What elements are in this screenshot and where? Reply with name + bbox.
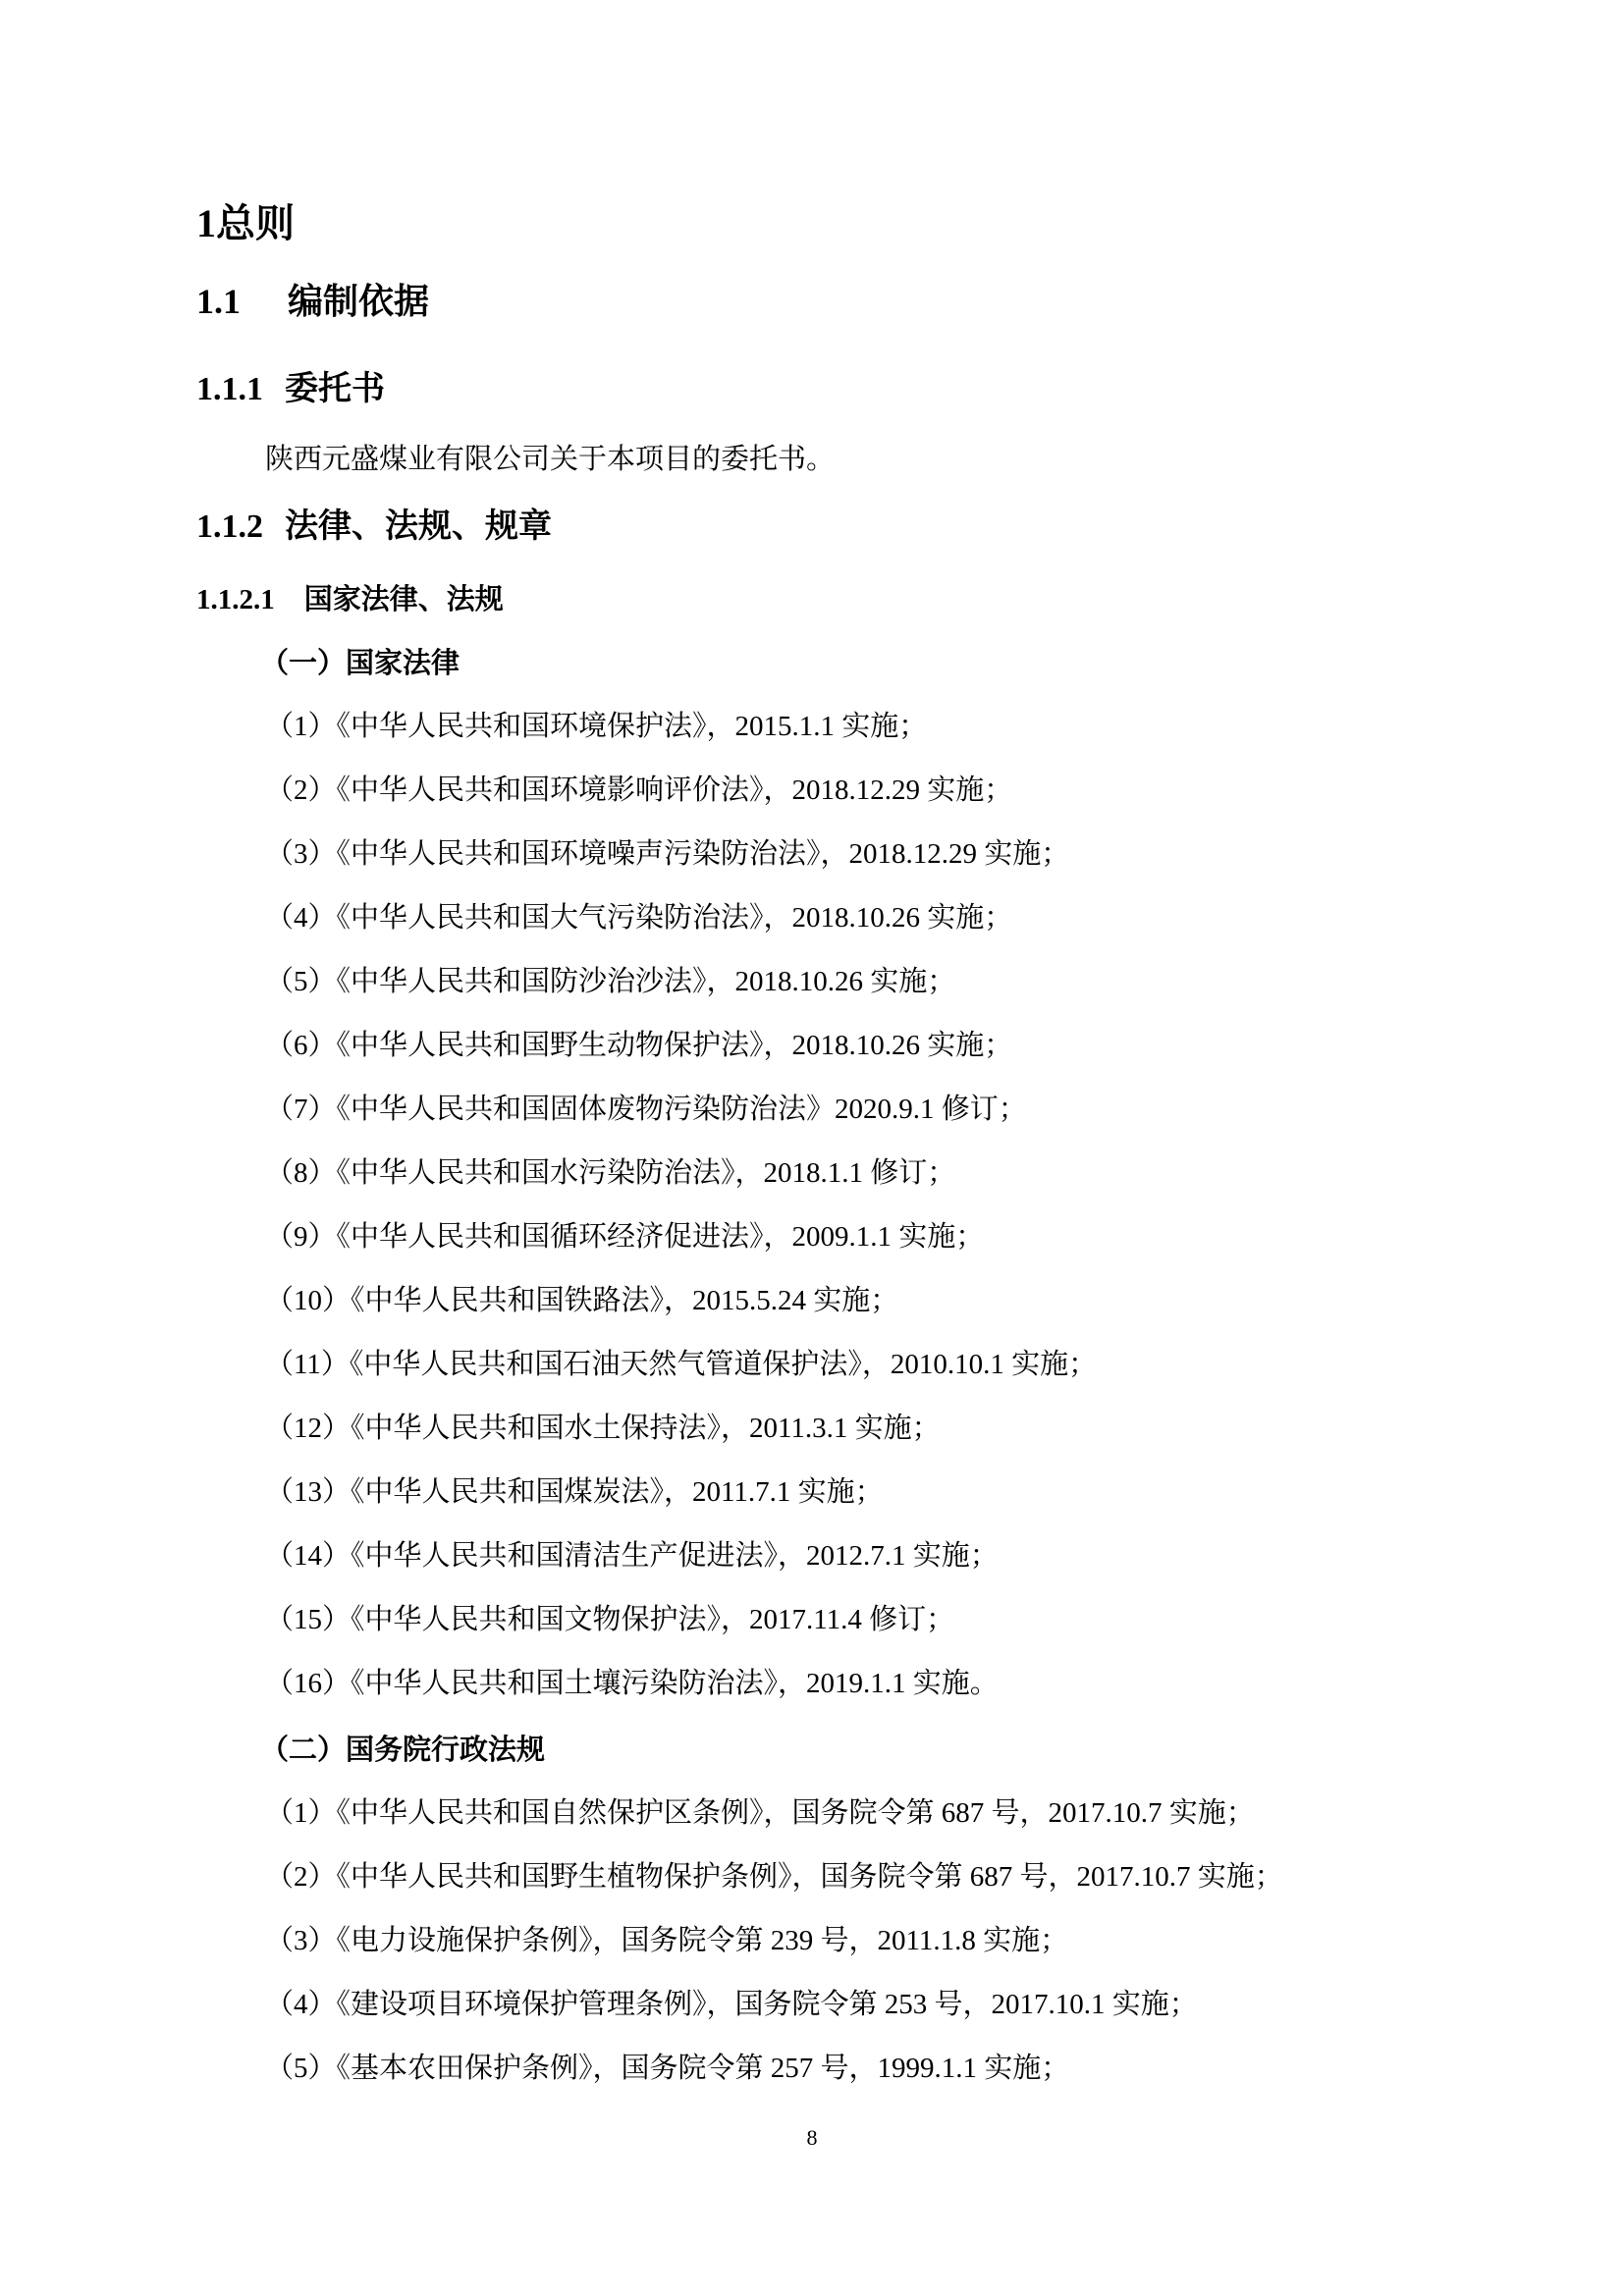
document-page: 1总则 1.1编制依据 1.1.1委托书 陕西元盛煤业有限公司关于本项目的委托书…: [0, 0, 1624, 2296]
subsubsection-heading: 1.1.2.1国家法律、法规: [196, 579, 504, 620]
list-item: （5）《基本农田保护条例》，国务院令第 257 号，1999.1.1 实施；: [265, 2049, 1069, 2088]
list-item: （6）《中华人民共和国野生动物保护法》，2018.10.26 实施；: [265, 1026, 1012, 1065]
list-item: （5）《中华人民共和国防沙治沙法》，2018.10.26 实施；: [265, 962, 955, 1001]
list-item: （9）《中华人民共和国循环经济促进法》，2009.1.1 实施；: [265, 1217, 984, 1256]
section-title: 编制依据: [288, 281, 429, 321]
subsection-heading: 1.1.2法律、法规、规章: [196, 503, 552, 551]
list-item: （2）《中华人民共和国野生植物保护条例》，国务院令第 687 号，2017.10…: [265, 1857, 1283, 1896]
chapter-heading: 1总则: [196, 196, 295, 251]
list-item: （1）《中华人民共和国自然保护区条例》，国务院令第 687 号，2017.10.…: [265, 1793, 1255, 1833]
body-paragraph: 陕西元盛煤业有限公司关于本项目的委托书。: [265, 440, 835, 479]
list-item: （7）《中华人民共和国固体废物污染防治法》2020.9.1 修订；: [265, 1090, 1027, 1129]
list-item: （10）《中华人民共和国铁路法》，2015.5.24 实施；: [265, 1281, 898, 1320]
subsection-title: 法律、法规、规章: [285, 507, 552, 545]
subsection-heading: 1.1.1委托书: [196, 365, 385, 413]
list-item: （3）《中华人民共和国环境噪声污染防治法》，2018.12.29 实施；: [265, 834, 1069, 874]
section-heading: 1.1编制依据: [196, 277, 429, 326]
list-item: （8）《中华人民共和国水污染防治法》，2018.1.1 修订；: [265, 1153, 955, 1193]
list-item: （15）《中华人民共和国文物保护法》，2017.11.4 修订；: [265, 1600, 954, 1639]
list-item: （4）《建设项目环境保护管理条例》，国务院令第 253 号，2017.10.1 …: [265, 1985, 1198, 2024]
list-item: （16）《中华人民共和国土壤污染防治法》，2019.1.1 实施。: [265, 1664, 999, 1703]
list-item: （2）《中华人民共和国环境影响评价法》，2018.12.29 实施；: [265, 771, 1012, 810]
state-council-heading: （二）国务院行政法规: [260, 1730, 545, 1771]
subsection-title: 委托书: [285, 370, 385, 407]
list-item: （4）《中华人民共和国大气污染防治法》，2018.10.26 实施；: [265, 898, 1012, 937]
list-item: （1）《中华人民共和国环境保护法》，2015.1.1 实施；: [265, 707, 927, 746]
list-item: （13）《中华人民共和国煤炭法》，2011.7.1 实施；: [265, 1472, 884, 1512]
list-item: （12）《中华人民共和国水土保持法》，2011.3.1 实施；: [265, 1409, 941, 1448]
list-item: （3）《电力设施保护条例》，国务院令第 239 号，2011.1.8 实施；: [265, 1921, 1068, 1960]
subsubsection-title: 国家法律、法规: [304, 584, 504, 615]
national-laws-heading: （一）国家法律: [260, 643, 460, 684]
subsubsection-number: 1.1.2.1: [196, 584, 275, 615]
page-number: 8: [0, 2125, 1624, 2151]
chapter-title: 总则: [216, 202, 295, 245]
list-item: （11）《中华人民共和国石油天然气管道保护法》，2010.10.1 实施；: [265, 1345, 1097, 1384]
subsection-number: 1.1.1: [196, 371, 263, 407]
chapter-number: 1: [196, 201, 216, 245]
subsection-number: 1.1.2: [196, 508, 263, 545]
list-item: （14）《中华人民共和国清洁生产促进法》，2012.7.1 实施；: [265, 1536, 999, 1575]
section-number: 1.1: [196, 282, 241, 321]
